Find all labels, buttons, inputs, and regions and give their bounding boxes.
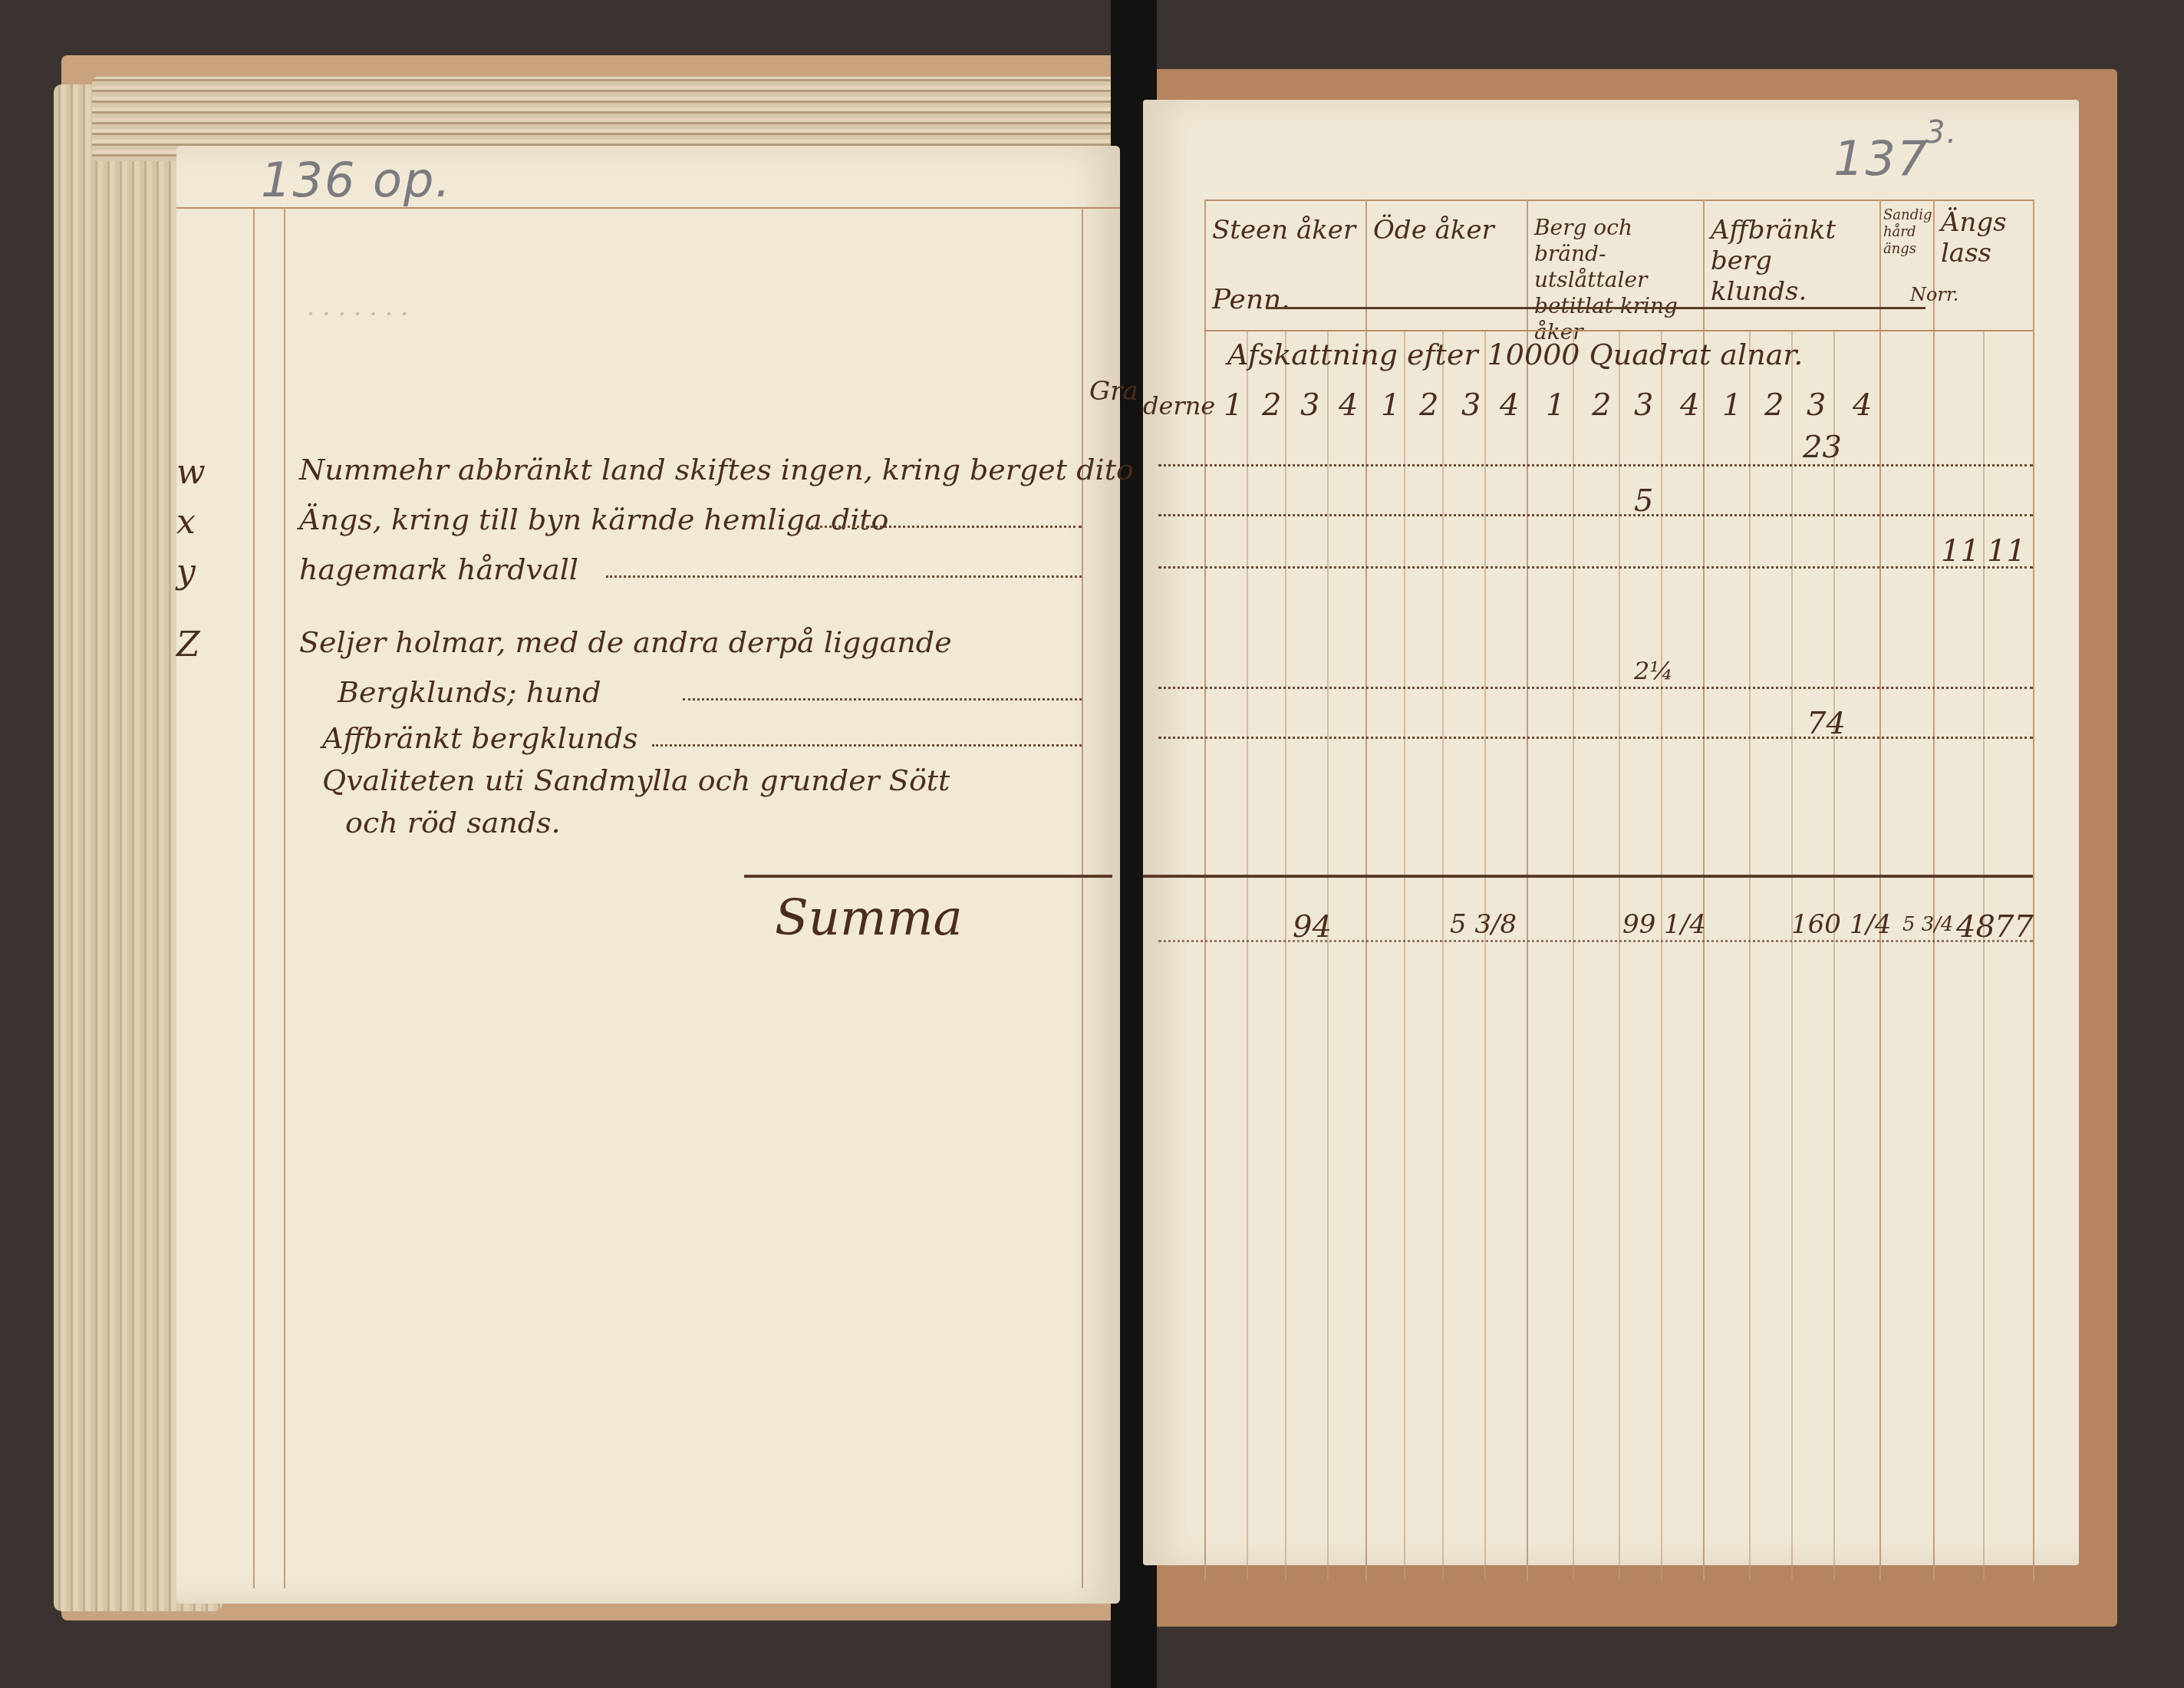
sub-rule	[1285, 330, 1286, 1581]
top-rule	[176, 207, 1120, 209]
entry-z1: 2¼	[1634, 656, 1673, 685]
column-rule	[1365, 199, 1367, 1581]
grade-number: 1	[1224, 387, 1243, 423]
header-steen-aker: Steen åker	[1212, 215, 1362, 246]
summa-rule-right	[1143, 875, 2033, 878]
subheader: Afskattning efter 10000 Quadrat alnar.	[1227, 338, 1803, 371]
grade-number: 4	[1853, 387, 1872, 423]
entry-x: 5	[1634, 483, 1653, 519]
leader-dots	[1158, 940, 2033, 942]
row-text: Seljer holmar, med de andra derpå liggan…	[299, 625, 952, 659]
grade-number: 4	[1339, 387, 1358, 423]
grade-number: 1	[1722, 387, 1741, 423]
column-rule	[1703, 199, 1705, 1581]
header-norr: Norr.	[1910, 284, 1958, 305]
row-text: hagemark hårdvall	[299, 552, 578, 586]
sub-rule	[1619, 330, 1620, 1581]
folio-superscript: 3.	[1925, 115, 1958, 150]
header-under-rule	[1266, 307, 1925, 309]
sub-rule	[1573, 330, 1574, 1581]
grade-number: 2	[1262, 387, 1281, 423]
summa-value: 5 3/8	[1450, 909, 1517, 940]
entry-y-a: 11	[1941, 533, 1980, 569]
row-text: Bergklunds; hund	[338, 675, 601, 709]
header-bottom-rule	[1204, 330, 2033, 331]
header-berg-brand: Berg och bränd- utslåttaler betitlat kri…	[1534, 215, 1699, 345]
summa-label: Summa	[775, 890, 963, 947]
left-page: 136 op. · · · · · · · w Nummehr abbränkt…	[176, 146, 1120, 1604]
row-text: Affbränkt bergklunds	[322, 721, 638, 755]
leader-dots	[805, 526, 1082, 528]
leader-dots	[652, 744, 1082, 747]
summa-value: 99 1/4	[1622, 909, 1706, 940]
summa-value: 77	[1995, 909, 2034, 945]
grade-number: 3	[1300, 387, 1319, 423]
header-penn: Penn.	[1212, 284, 1290, 315]
column-rule	[1879, 199, 1881, 1581]
column-rule	[2033, 199, 2034, 1581]
folio-number-left: 136 op.	[261, 152, 452, 208]
header-sandig: Sandig hård ängs	[1883, 207, 1933, 258]
summa-value: 94	[1293, 909, 1332, 945]
sub-rule	[1404, 330, 1405, 1581]
sub-rule	[1791, 330, 1793, 1581]
margin-rule-1	[253, 207, 255, 1588]
folio-number-right: 137	[1833, 130, 1929, 186]
column-rule	[1527, 199, 1528, 1581]
margin-rule-right	[1082, 207, 1083, 1588]
grade-number: 1	[1381, 387, 1400, 423]
sub-rule	[1327, 330, 1329, 1581]
header-ode-aker: Öde åker	[1373, 215, 1523, 246]
column-rule	[1933, 199, 1935, 1581]
sub-rule	[1484, 330, 1486, 1581]
grade-number: 2	[1419, 387, 1438, 423]
row-letter: Z	[176, 625, 200, 664]
grade-label: derne	[1143, 391, 1215, 420]
sub-rule	[1749, 330, 1751, 1581]
row-letter: y	[176, 552, 196, 592]
sub-rule	[1661, 330, 1662, 1581]
grade-number: 3	[1807, 387, 1826, 423]
leader-dots	[1158, 737, 2033, 739]
entry-w: 23	[1803, 430, 1842, 465]
row-text: och röd sands.	[345, 806, 561, 839]
row-letter: x	[176, 503, 196, 542]
row-text: Ängs, kring till byn kärnde hemliga dito	[299, 503, 888, 536]
summa-value: 5 3/4	[1902, 913, 1954, 936]
sub-rule	[1442, 330, 1444, 1581]
summa-value: 160 1/4	[1791, 909, 1891, 940]
summa-value: 48	[1956, 909, 1995, 945]
grade-number: 3	[1461, 387, 1481, 423]
row-text: Qvaliteten uti Sandmylla och grunder Söt…	[322, 763, 950, 797]
header-top-rule	[1204, 199, 2033, 201]
grade-number: 3	[1634, 387, 1653, 423]
grade-number: 4	[1680, 387, 1699, 423]
row-text: Nummehr abbränkt land skiftes ingen, kri…	[299, 453, 1134, 486]
leader-dots	[1158, 464, 2033, 467]
leader-dots	[1158, 514, 2033, 516]
margin-rule-2	[284, 207, 285, 1588]
header-affbrankt: Affbränkt berg klunds.	[1711, 215, 1876, 307]
grade-number: 2	[1592, 387, 1611, 423]
grade-number: 4	[1500, 387, 1519, 423]
leader-dots	[683, 698, 1082, 701]
bleed-through-text: · · · · · · ·	[307, 299, 408, 328]
sub-rule	[1833, 330, 1835, 1581]
column-edge-label: Gra	[1089, 376, 1138, 407]
summa-rule	[744, 875, 1112, 878]
header-angs-lass: Ängs lass	[1941, 207, 2029, 269]
entry-y-b: 11	[1987, 533, 2026, 569]
leader-dots	[1158, 566, 2033, 569]
entry-z2: 74	[1807, 706, 1846, 741]
leader-dots	[1158, 687, 2033, 689]
right-page: 137 3. Steen åker Öde åker Berg och brän…	[1143, 100, 2079, 1565]
grade-number: 2	[1764, 387, 1784, 423]
sub-rule	[1983, 330, 1985, 1581]
leader-dots	[606, 575, 1082, 578]
sub-rule	[1247, 330, 1248, 1581]
row-letter: w	[176, 453, 206, 492]
grade-number: 1	[1546, 387, 1565, 423]
